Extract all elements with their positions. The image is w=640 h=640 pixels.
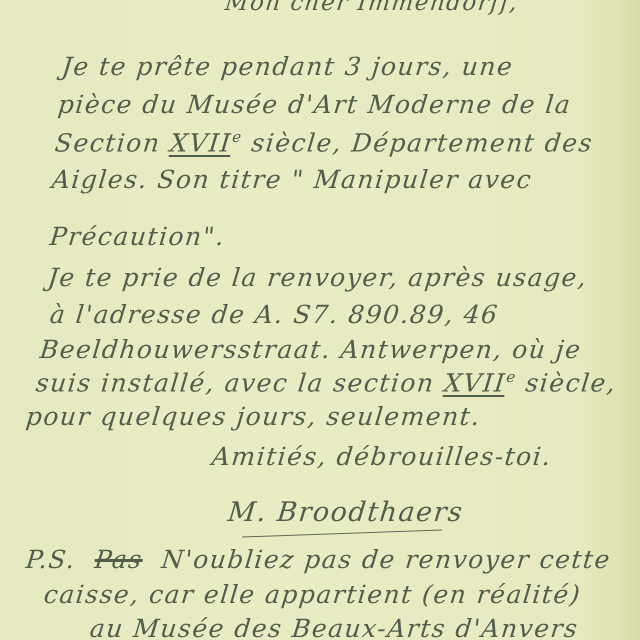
- postscript-line-3: au Musée des Beaux-Arts d'Anvers: [88, 614, 579, 640]
- body-line-10: pour quelques jours, seulement.: [24, 402, 482, 431]
- body-line-7-address: à l'adresse de A. S7. 890.89, 46: [48, 300, 500, 329]
- century-numeral-2: XVII: [443, 368, 508, 397]
- closing: Amitiés, débrouilles-toi.: [210, 442, 553, 471]
- postscript-line-1: P.S. Pas N'oubliez pas de renvoyer cette: [24, 545, 612, 574]
- body-line-3-pre: Section: [53, 128, 171, 157]
- body-line-1: Je te prête pendant 3 jours, une: [60, 52, 514, 81]
- salutation: Mon cher Immendorff,: [224, 0, 520, 16]
- signature-underline: [242, 530, 442, 538]
- body-line-9-pre: suis installé, avec la section: [34, 368, 445, 397]
- body-line-9: suis installé, avec la section XVIIe siè…: [34, 368, 618, 397]
- signature: M. Broodthaers: [226, 497, 465, 528]
- struck-word: Pas: [93, 545, 144, 574]
- century-numeral: XVII: [169, 128, 234, 157]
- body-line-6: Je te prie de la renvoyer, après usage,: [46, 263, 588, 292]
- postscript-text-1: N'oubliez pas de renvoyer cette: [160, 545, 612, 574]
- body-line-8-street: Beeldhouwersstraat. Antwerpen, où je: [38, 335, 583, 364]
- body-line-2: pièce du Musée d'Art Moderne de la: [56, 90, 572, 119]
- body-line-5: Précaution".: [48, 222, 226, 251]
- body-line-3-post: siècle, Département des: [241, 128, 595, 157]
- body-line-9-post: siècle,: [515, 368, 618, 397]
- body-line-3: Section XVIIe siècle, Département des: [53, 128, 594, 157]
- body-line-4: Aigles. Son titre " Manipuler avec: [50, 165, 533, 194]
- postscript-line-2: caisse, car elle appartient (en réalité): [42, 580, 582, 609]
- postscript-label: P.S.: [24, 545, 77, 574]
- letter-page: Mon cher Immendorff, Je te prête pendant…: [0, 0, 640, 640]
